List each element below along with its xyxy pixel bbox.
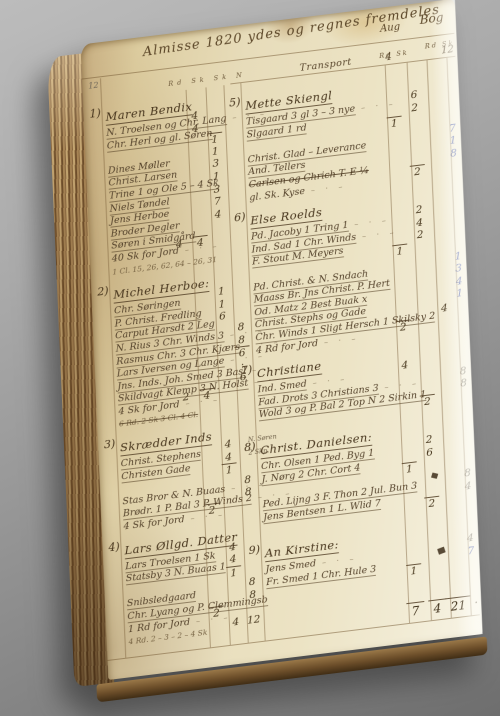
- amount-value: 2: [182, 391, 189, 404]
- section-number: 1): [89, 106, 101, 120]
- section-number: 6): [234, 210, 246, 224]
- ledger-book: 12 Almisse 1820 ydes og regnes fremdeles…: [47, 0, 490, 705]
- amount-value: 7: [214, 195, 221, 208]
- amount-value: 8: [249, 589, 256, 602]
- amount-value: 6: [426, 446, 433, 459]
- amount-value: 8: [238, 333, 245, 346]
- amount-value: 4: [441, 302, 448, 315]
- section-number: 9): [248, 543, 260, 557]
- amount-value: 4: [416, 216, 423, 229]
- left-column-subheaders: Rd Sk Sk N: [168, 71, 246, 88]
- ledger-section: 6)Else RoeldsPd. Jacoby 1 Tring 1– · –2I…: [250, 184, 467, 351]
- amount-value: 8: [245, 486, 252, 499]
- amount-value: 1: [212, 145, 219, 158]
- section-number: 5): [229, 95, 241, 109]
- ledger-section: 3)Skrædder IndsChrist. Stephens4N. Søren…: [120, 418, 277, 527]
- amount-value: 3: [212, 158, 219, 171]
- amount-value: 4: [232, 616, 239, 629]
- amount-value: 2: [415, 204, 422, 217]
- amount-value: 2: [425, 434, 432, 447]
- transport-value-1: 4: [385, 52, 392, 64]
- amount-value: 1: [218, 298, 225, 311]
- amount-value: 4: [401, 359, 408, 372]
- dotted-leader: – · –: [311, 181, 347, 194]
- margin-number: 12: [88, 81, 99, 91]
- amount-value: 4: [225, 451, 232, 464]
- entry-text: 4 Sk for Jord: [123, 514, 185, 532]
- section-number: 7): [241, 363, 253, 377]
- dotted-leader: – · –: [324, 333, 360, 346]
- amount-value: 8: [249, 576, 256, 589]
- amount-value: 2: [411, 101, 418, 114]
- amount-value: 3: [213, 183, 220, 196]
- photograph-background: { "meta": { "background_gray": "#969696"…: [0, 0, 500, 716]
- amount-value: 4: [224, 438, 231, 451]
- transport-value-2: 12: [441, 44, 454, 57]
- entry-text: gl. Sk. Kyse: [249, 185, 305, 203]
- amount-value: 4: [230, 553, 237, 566]
- section-number: 2): [97, 284, 109, 298]
- amount-value: 4: [214, 208, 221, 221]
- entry-text: 4 Rd for Jord: [256, 337, 318, 356]
- amount-value: 1: [406, 563, 421, 578]
- ledger-section: 9)An Kirstine:Jens Smed– · –4Fr. Smed 1 …: [264, 516, 477, 595]
- entry-text: 4 Rd. 2 – 3 – 2 – 4 Sk: [128, 628, 207, 647]
- amount-value: 12: [247, 613, 261, 627]
- ledger-section: 4)Lars Øllgd. DatterLars Troelsen 1 Sk4S…: [124, 520, 282, 642]
- amount-value: 6: [219, 310, 226, 323]
- amount-value: 8: [244, 473, 251, 486]
- amount-value: 4: [176, 238, 183, 251]
- amount-value: 2: [417, 229, 424, 242]
- amount-value: 8: [237, 321, 244, 334]
- ledger-right-half: 5)Mette SkienglTisgaard 3 gl 3 – 3 nye– …: [245, 69, 478, 607]
- amount-value: 6: [410, 89, 417, 102]
- amount-value: 4: [229, 540, 236, 553]
- amount-value: 4: [192, 122, 199, 135]
- amount-value: 1: [213, 170, 220, 183]
- section-number: 3): [104, 437, 116, 451]
- entry-text: 6 Rd. 2 Sk 3 Cl. 4 Cl.: [119, 410, 198, 429]
- amount-value: 2: [204, 503, 219, 518]
- column-group-aug: Aug: [380, 21, 400, 34]
- amount-value: 1: [218, 285, 225, 298]
- amount-value: 4: [191, 110, 198, 123]
- amount-value: 2: [396, 319, 411, 334]
- section-number: 8): [244, 440, 256, 454]
- section-number: 4): [108, 540, 120, 554]
- ledger-page: 12 Almisse 1820 ydes og regnes fremdeles…: [80, 0, 482, 680]
- column-group-bog: Bog: [419, 10, 443, 27]
- right-subheader-1: Rd Sk: [379, 49, 409, 61]
